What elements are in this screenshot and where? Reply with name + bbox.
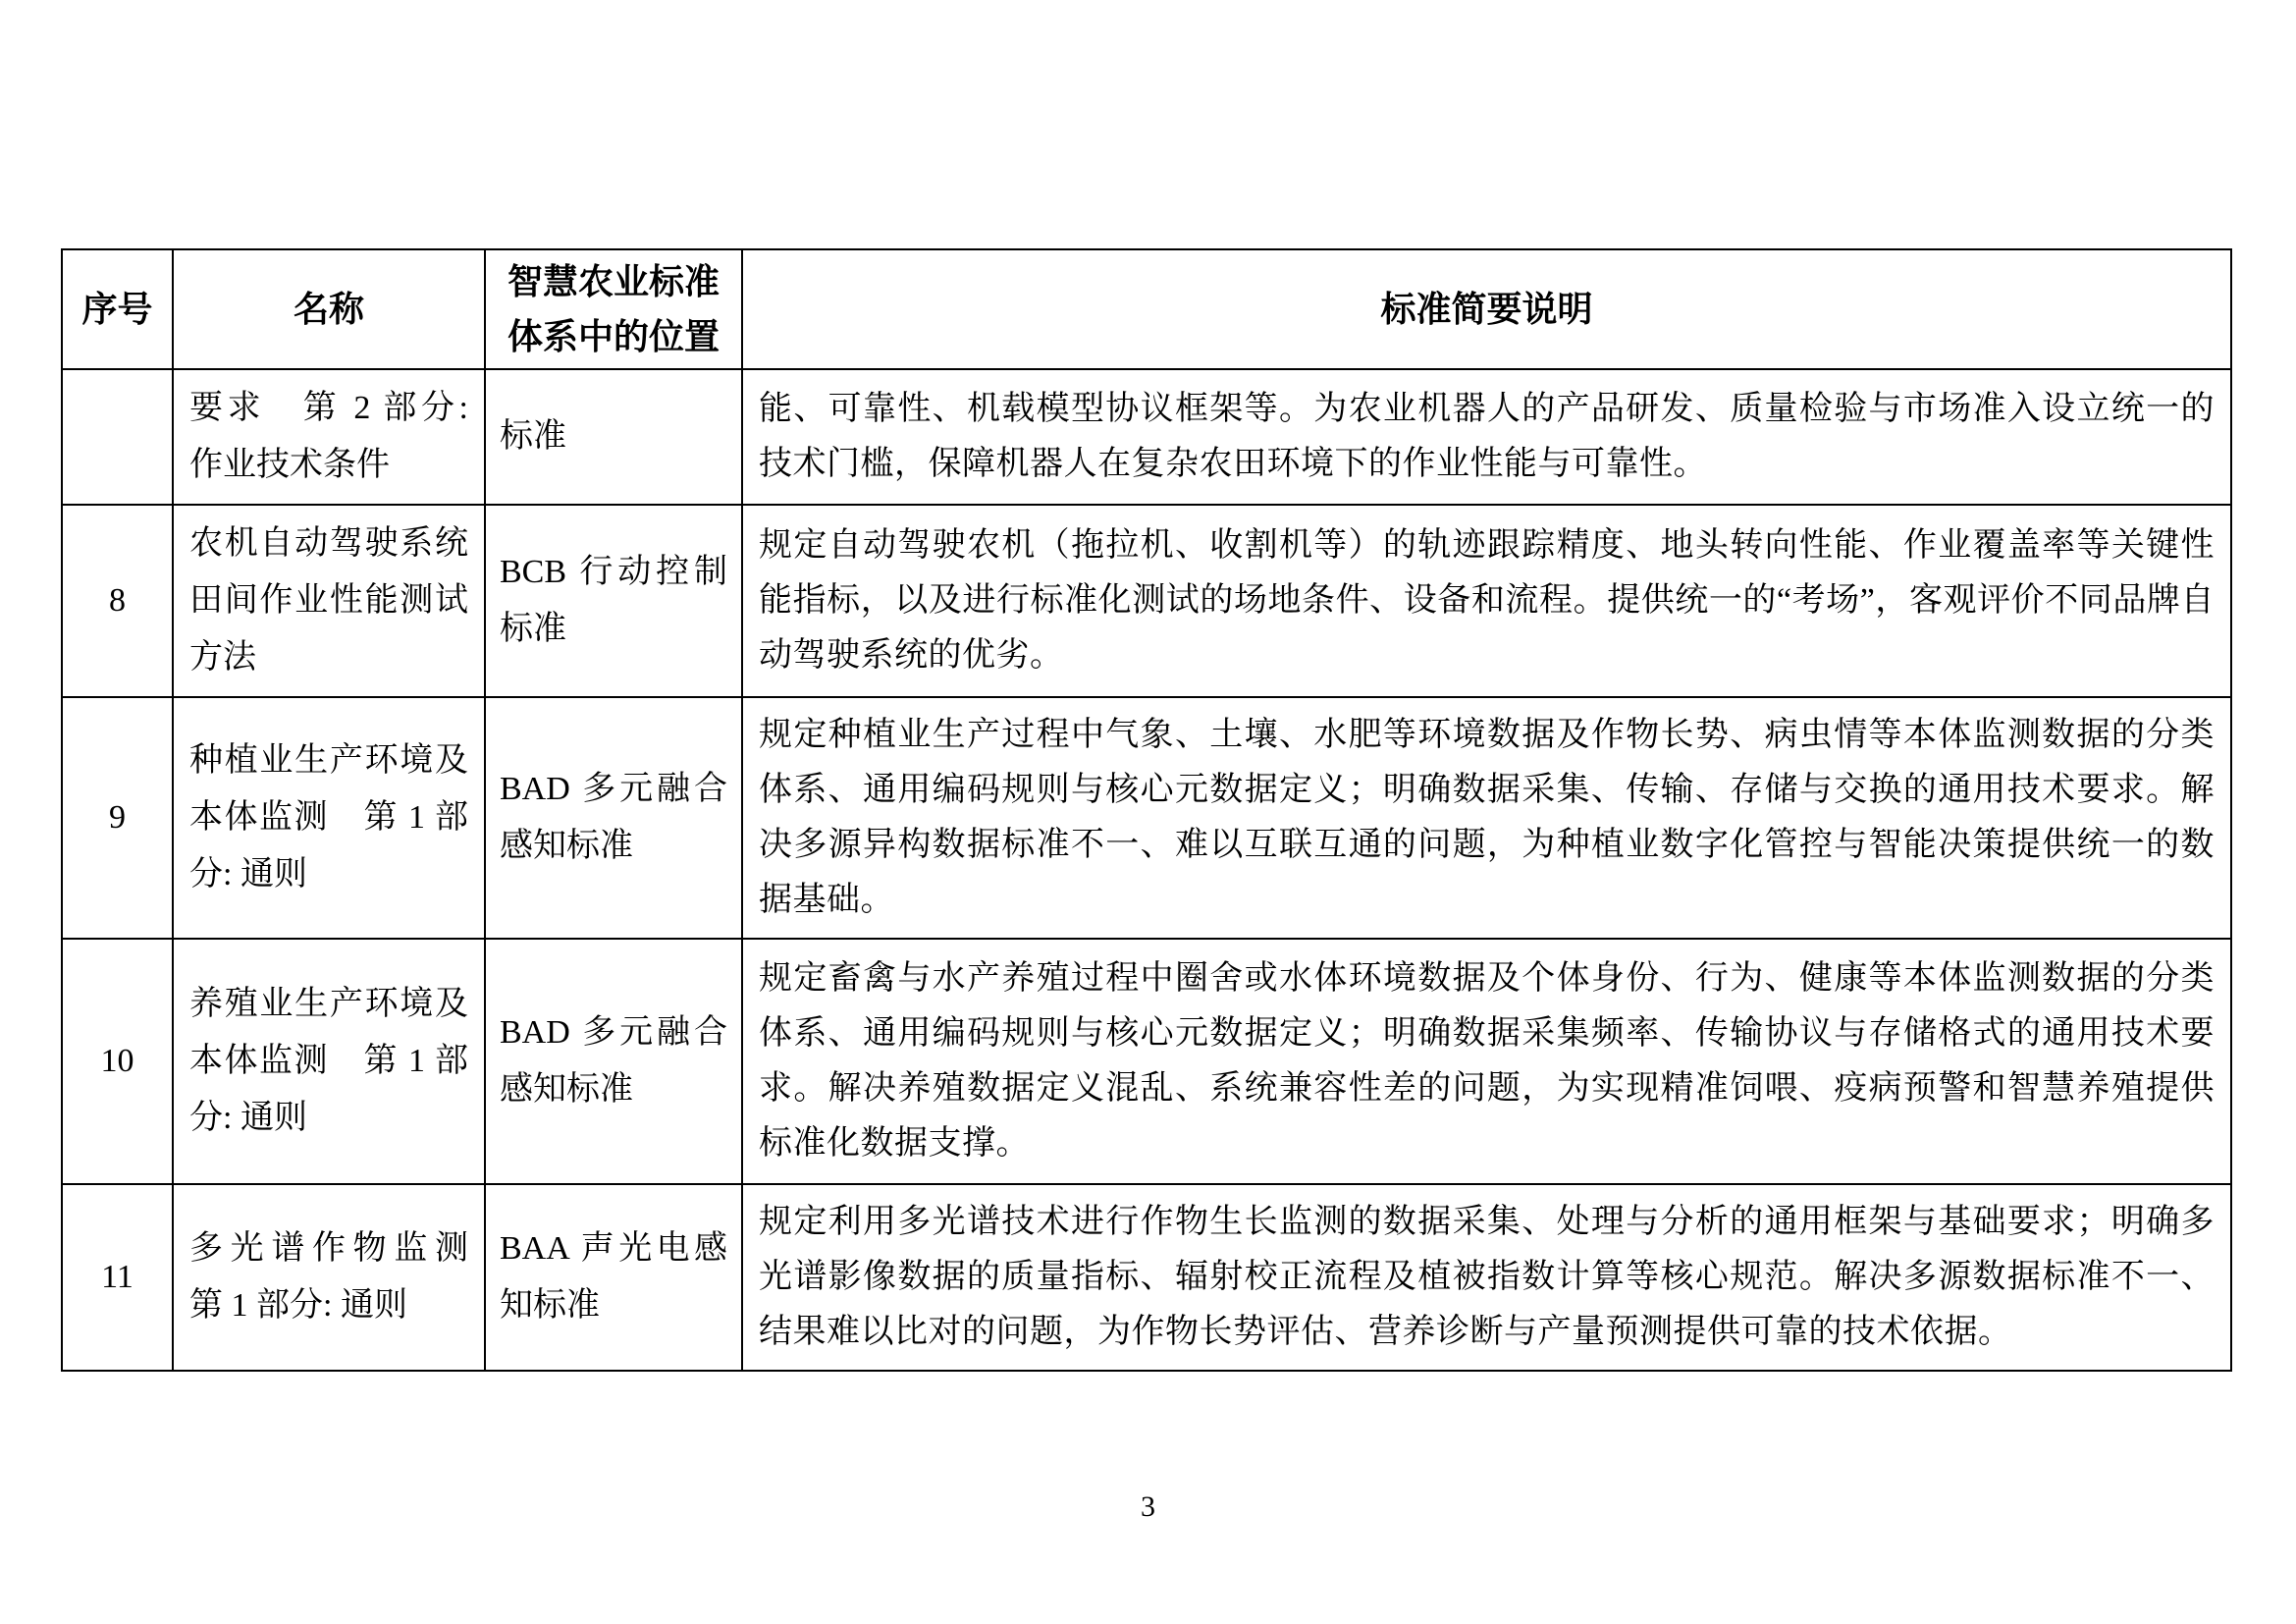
cell-position: BCB 行动控制标准 [485,505,742,697]
cell-description: 规定畜禽与水产养殖过程中圈舍或水体环境数据及个体身份、行为、健康等本体监测数据的… [742,939,2231,1184]
cell-description: 规定种植业生产过程中气象、土壤、水肥等环境数据及作物长势、病虫情等本体监测数据的… [742,697,2231,939]
cell-index: 9 [62,697,173,939]
cell-position: BAA 声光电感知标准 [485,1184,742,1371]
cell-name: 要求 第 2 部分: 作业技术条件 [173,369,485,505]
table-row: 11 多光谱作物监测 第 1 部分: 通则 BAA 声光电感知标准 规定利用多光… [62,1184,2231,1371]
cell-description: 规定自动驾驶农机（拖拉机、收割机等）的轨迹跟踪精度、地头转向性能、作业覆盖率等关… [742,505,2231,697]
table-header-row: 序号 名称 智慧农业标准体系中的位置 标准简要说明 [62,249,2231,369]
header-index: 序号 [62,249,173,369]
document-page: 序号 名称 智慧农业标准体系中的位置 标准简要说明 要求 第 2 部分: 作业技… [0,0,2296,1624]
table-row: 10 养殖业生产环境及本体监测 第 1 部分: 通则 BAD 多元融合感知标准 … [62,939,2231,1184]
header-description: 标准简要说明 [742,249,2231,369]
cell-position: BAD 多元融合感知标准 [485,697,742,939]
table-row: 要求 第 2 部分: 作业技术条件 标准 能、可靠性、机载模型协议框架等。为农业… [62,369,2231,505]
table-row: 9 种植业生产环境及本体监测 第 1 部分: 通则 BAD 多元融合感知标准 规… [62,697,2231,939]
page-number: 3 [0,1490,2296,1524]
cell-description: 规定利用多光谱技术进行作物生长监测的数据采集、处理与分析的通用框架与基础要求；明… [742,1184,2231,1371]
cell-name: 种植业生产环境及本体监测 第 1 部分: 通则 [173,697,485,939]
cell-name: 农机自动驾驶系统田间作业性能测试方法 [173,505,485,697]
cell-position: 标准 [485,369,742,505]
cell-name: 养殖业生产环境及本体监测 第 1 部分: 通则 [173,939,485,1184]
header-position: 智慧农业标准体系中的位置 [485,249,742,369]
cell-description: 能、可靠性、机载模型协议框架等。为农业机器人的产品研发、质量检验与市场准入设立统… [742,369,2231,505]
cell-index [62,369,173,505]
standards-table: 序号 名称 智慧农业标准体系中的位置 标准简要说明 要求 第 2 部分: 作业技… [61,248,2232,1372]
header-name: 名称 [173,249,485,369]
cell-index: 11 [62,1184,173,1371]
cell-index: 8 [62,505,173,697]
cell-name: 多光谱作物监测 第 1 部分: 通则 [173,1184,485,1371]
table-row: 8 农机自动驾驶系统田间作业性能测试方法 BCB 行动控制标准 规定自动驾驶农机… [62,505,2231,697]
cell-index: 10 [62,939,173,1184]
cell-position: BAD 多元融合感知标准 [485,939,742,1184]
